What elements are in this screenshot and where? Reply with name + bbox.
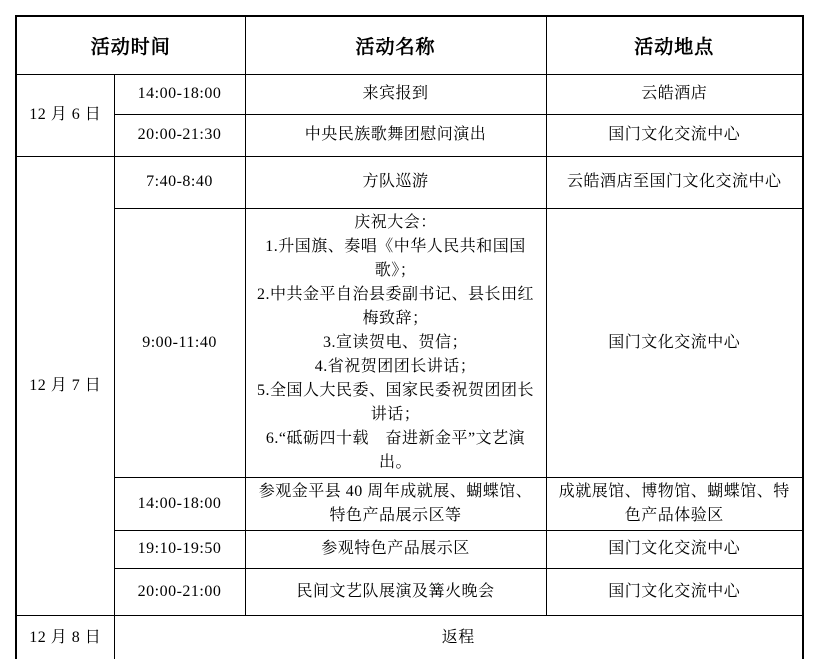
event-name-cell: 民间文艺队展演及篝火晚会 [245,568,546,615]
date-cell-dec-7: 12 月 7 日 [16,156,114,615]
time-cell: 14:00-18:00 [114,477,245,530]
event-name-cell: 来宾报到 [245,74,546,114]
column-header-activity-name: 活动名称 [245,16,546,74]
table-row: 9:00-11:40 庆祝大会： 1.升国旗、奏唱《中华人民共和国国歌》； 2.… [16,208,803,477]
table-header-row: 活动时间 活动名称 活动地点 [16,16,803,74]
location-cell: 国门文化交流中心 [546,530,803,568]
table-row: 12 月 7 日 7:40-8:40 方队巡游 云皓酒店至国门文化交流中心 [16,156,803,208]
location-cell: 国门文化交流中心 [546,568,803,615]
column-header-activity-time: 活动时间 [16,16,245,74]
date-cell-dec-8: 12 月 8 日 [16,615,114,659]
ceremony-agenda-cell: 庆祝大会： 1.升国旗、奏唱《中华人民共和国国歌》； 2.中共金平自治县委副书记… [245,208,546,477]
table-row: 14:00-18:00 参观金平县 40 周年成就展、蝴蝶馆、特色产品展示区等 … [16,477,803,530]
time-cell: 9:00-11:40 [114,208,245,477]
date-cell-dec-6: 12 月 6 日 [16,74,114,156]
location-cell: 国门文化交流中心 [546,208,803,477]
time-cell: 20:00-21:30 [114,114,245,156]
location-cell: 成就展馆、博物馆、蝴蝶馆、特色产品体验区 [546,477,803,530]
table-row: 20:00-21:00 民间文艺队展演及篝火晚会 国门文化交流中心 [16,568,803,615]
event-name-cell: 方队巡游 [245,156,546,208]
time-cell: 7:40-8:40 [114,156,245,208]
event-name-cell: 参观特色产品展示区 [245,530,546,568]
time-cell: 20:00-21:00 [114,568,245,615]
event-name-cell: 中央民族歌舞团慰问演出 [245,114,546,156]
time-cell: 14:00-18:00 [114,74,245,114]
event-schedule-table: 活动时间 活动名称 活动地点 12 月 6 日 14:00-18:00 来宾报到… [15,15,804,659]
return-trip-cell: 返程 [114,615,803,659]
location-cell: 国门文化交流中心 [546,114,803,156]
table-row: 12 月 6 日 14:00-18:00 来宾报到 云皓酒店 [16,74,803,114]
column-header-activity-location: 活动地点 [546,16,803,74]
location-cell: 云皓酒店至国门文化交流中心 [546,156,803,208]
location-cell: 云皓酒店 [546,74,803,114]
table-row: 12 月 8 日 返程 [16,615,803,659]
event-name-cell: 参观金平县 40 周年成就展、蝴蝶馆、特色产品展示区等 [245,477,546,530]
table-row: 20:00-21:30 中央民族歌舞团慰问演出 国门文化交流中心 [16,114,803,156]
document-page: 活动时间 活动名称 活动地点 12 月 6 日 14:00-18:00 来宾报到… [0,0,817,659]
table-row: 19:10-19:50 参观特色产品展示区 国门文化交流中心 [16,530,803,568]
time-cell: 19:10-19:50 [114,530,245,568]
